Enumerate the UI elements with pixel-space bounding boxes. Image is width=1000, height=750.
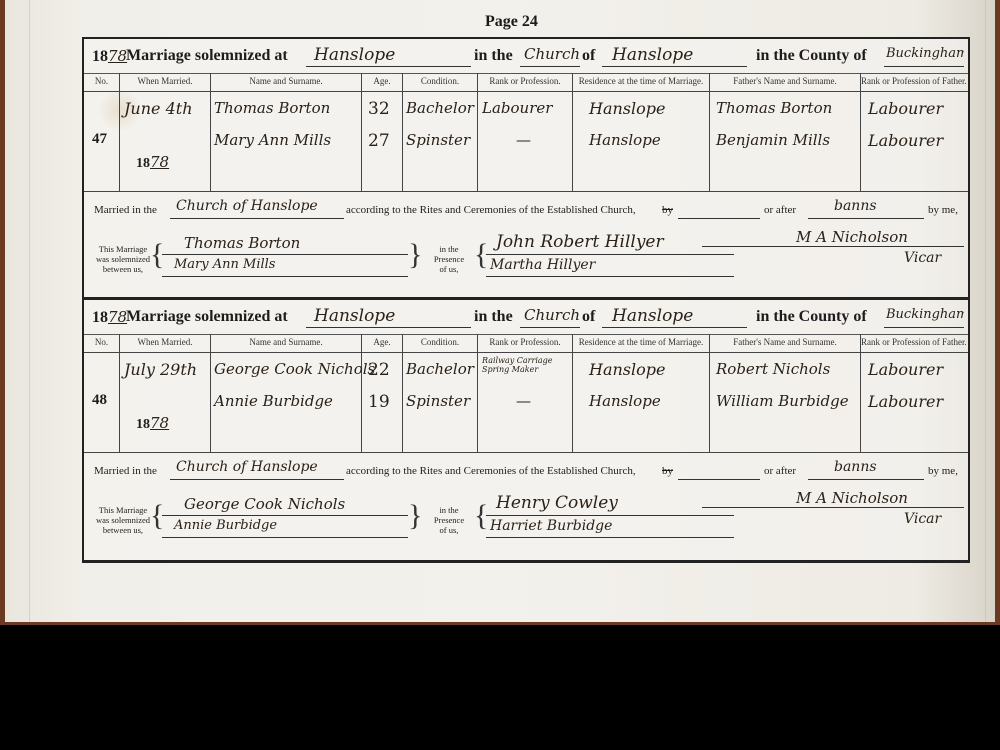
column-header-row: No. When Married. Name and Surname. Age.… [84, 334, 968, 353]
when-married-year: 1878 [136, 414, 169, 433]
col-name: Name and Surname. [211, 76, 361, 86]
county-label: in the County of [756, 308, 867, 326]
col-condition: Condition. [403, 337, 477, 347]
by-underline [678, 218, 760, 219]
col-residence: Residence at the time of Marriage. [573, 337, 709, 347]
of-label: of [582, 47, 595, 65]
col-rank: Rank or Profession. [478, 76, 572, 86]
by-me-label: by me, [928, 204, 958, 216]
bride-father: Benjamin Mills [716, 131, 830, 149]
after-underline [808, 218, 924, 219]
witness-2: Martha Hillyer [490, 257, 595, 273]
groom-condition: Bachelor [406, 99, 474, 117]
when-married-value: June 4th [124, 99, 193, 118]
presence-label: in thePresenceof us, [424, 505, 474, 535]
in-the-label: in the [474, 308, 513, 326]
married-in-label: Married in the [94, 204, 157, 216]
bride-name: Mary Ann Mills [214, 131, 331, 149]
by-label: by [662, 204, 673, 216]
parish-value: Hanslope [612, 45, 693, 65]
groom-father-rank: Labourer [868, 99, 943, 118]
married-in-row: Married in the Church of Hanslope accord… [84, 192, 968, 230]
entry-data-area: 47 June 4th 1878 Thomas Borton Mary Ann … [84, 91, 968, 192]
bride-rank: — [516, 131, 531, 149]
married-in-underline [170, 479, 344, 480]
married-in-value: Church of Hanslope [176, 459, 318, 475]
bride-father-rank: Labourer [868, 392, 943, 411]
witness-1: John Robert Hillyer [496, 232, 664, 252]
bride-age: 19 [368, 392, 390, 412]
col-father-rank: Rank or Profession of Father. [861, 337, 966, 347]
witness-line [486, 537, 734, 538]
church-word-value: Church [524, 306, 580, 324]
place-value: Hanslope [314, 306, 395, 326]
by-me-label: by me, [928, 465, 958, 477]
col-no: No. [84, 76, 119, 86]
page-margin-line [29, 0, 30, 622]
according-label: according to the Rites and Ceremonies of… [346, 465, 636, 477]
by-label: by [662, 465, 673, 477]
groom-age: 32 [368, 99, 390, 119]
in-the-label: in the [474, 47, 513, 65]
page-edge-line [985, 0, 986, 622]
groom-residence: Hanslope [589, 99, 665, 118]
right-brace: } [408, 240, 422, 270]
when-married-value: July 29th [124, 360, 197, 379]
col-rank: Rank or Profession. [478, 337, 572, 347]
bride-condition: Spinster [406, 392, 470, 410]
col-residence: Residence at the time of Marriage. [573, 76, 709, 86]
witness-line [486, 276, 734, 277]
witness-line [486, 515, 734, 516]
witness-2: Harriet Burbidge [490, 518, 612, 534]
this-marriage-label: This Marriagewas solemnizedbetween us, [90, 244, 156, 274]
officiant-line [702, 507, 964, 508]
col-age: Age. [362, 76, 402, 86]
witness-line [486, 254, 734, 255]
parish-value: Hanslope [612, 306, 693, 326]
signatures-row: This Marriagewas solemnizedbetween us, {… [84, 491, 968, 553]
county-value: Buckingham [886, 307, 964, 322]
entry-year: 1878 [92, 47, 127, 66]
officiant-line [702, 246, 964, 247]
married-in-label: Married in the [94, 465, 157, 477]
signature-bride: Mary Ann Mills [174, 257, 275, 272]
place-underline [306, 327, 471, 328]
entry-title-row: 1878 Marriage solemnized at Hanslope in … [84, 300, 968, 335]
column-header-row: No. When Married. Name and Surname. Age.… [84, 73, 968, 92]
col-age: Age. [362, 337, 402, 347]
entry-number: 47 [92, 131, 107, 148]
groom-father: Robert Nichols [716, 360, 830, 378]
solemnized-label: Marriage solemnized at [126, 308, 288, 326]
bride-age: 27 [368, 131, 390, 151]
church-word-value: Church [524, 45, 580, 63]
county-underline [884, 327, 964, 328]
county-label: in the County of [756, 47, 867, 65]
page-number: Page 24 [485, 13, 538, 31]
after-underline [808, 479, 924, 480]
bride-father-rank: Labourer [868, 131, 943, 150]
col-father: Father's Name and Surname. [710, 337, 860, 347]
according-label: according to the Rites and Ceremonies of… [346, 204, 636, 216]
col-name: Name and Surname. [211, 337, 361, 347]
parish-underline [602, 327, 747, 328]
or-after-label: or after [764, 465, 796, 477]
signature-line [162, 515, 408, 516]
by-underline [678, 479, 760, 480]
groom-name: Thomas Borton [214, 99, 330, 117]
entry-number: 48 [92, 392, 107, 409]
parish-underline [602, 66, 747, 67]
county-value: Buckingham [886, 46, 964, 61]
signature-line [162, 537, 408, 538]
bride-father: William Burbidge [716, 392, 849, 410]
bride-residence: Hanslope [589, 131, 661, 149]
left-brace: { [474, 240, 488, 270]
col-father-rank: Rank or Profession of Father. [861, 76, 966, 86]
bride-rank: — [516, 392, 531, 410]
marriage-entry-48: 1878 Marriage solemnized at Hanslope in … [82, 298, 970, 563]
married-in-row: Married in the Church of Hanslope accord… [84, 453, 968, 491]
groom-rank: Railway Carriage Spring Maker [482, 356, 570, 374]
when-married-year: 1878 [136, 153, 169, 172]
signature-line [162, 276, 408, 277]
or-after-label: or after [764, 204, 796, 216]
signature-line [162, 254, 408, 255]
groom-residence: Hanslope [589, 360, 665, 379]
witness-1: Henry Cowley [496, 493, 618, 513]
col-no: No. [84, 337, 119, 347]
col-when-married: When Married. [120, 337, 210, 347]
left-brace: { [150, 240, 164, 270]
groom-father: Thomas Borton [716, 99, 832, 117]
signature-bride: Annie Burbidge [174, 518, 277, 533]
signature-groom: Thomas Borton [184, 234, 300, 252]
this-marriage-label: This Marriagewas solemnizedbetween us, [90, 505, 156, 535]
groom-age: 22 [368, 360, 390, 380]
groom-father-rank: Labourer [868, 360, 943, 379]
church-underline [520, 327, 580, 328]
left-brace: { [474, 501, 488, 531]
col-when-married: When Married. [120, 76, 210, 86]
officiant-signature: M A Nicholson [796, 489, 908, 507]
bride-name: Annie Burbidge [214, 392, 333, 410]
place-underline [306, 66, 471, 67]
after-value: banns [834, 459, 877, 475]
married-in-underline [170, 218, 344, 219]
groom-name: George Cook Nichols [214, 360, 375, 378]
bride-residence: Hanslope [589, 392, 661, 410]
place-value: Hanslope [314, 45, 395, 65]
col-father: Father's Name and Surname. [710, 76, 860, 86]
officiant-title: Vicar [904, 511, 941, 527]
signature-groom: George Cook Nichols [184, 495, 345, 513]
of-label: of [582, 308, 595, 326]
groom-condition: Bachelor [406, 360, 474, 378]
church-underline [520, 66, 580, 67]
solemnized-label: Marriage solemnized at [126, 47, 288, 65]
right-brace: } [408, 501, 422, 531]
signatures-row: This Marriagewas solemnizedbetween us, {… [84, 230, 968, 292]
entry-title-row: 1878 Marriage solemnized at Hanslope in … [84, 39, 968, 74]
county-underline [884, 66, 964, 67]
bride-condition: Spinster [406, 131, 470, 149]
col-condition: Condition. [403, 76, 477, 86]
left-brace: { [150, 501, 164, 531]
entry-year: 1878 [92, 308, 127, 327]
officiant-signature: M A Nicholson [796, 228, 908, 246]
entry-data-area: 48 July 29th 1878 George Cook Nichols An… [84, 352, 968, 453]
presence-label: in thePresenceof us, [424, 244, 474, 274]
groom-rank: Labourer [482, 99, 570, 117]
marriage-entry-47: 1878 Marriage solemnized at Hanslope in … [82, 37, 970, 300]
officiant-title: Vicar [904, 250, 941, 266]
after-value: banns [834, 198, 877, 214]
married-in-value: Church of Hanslope [176, 198, 318, 214]
